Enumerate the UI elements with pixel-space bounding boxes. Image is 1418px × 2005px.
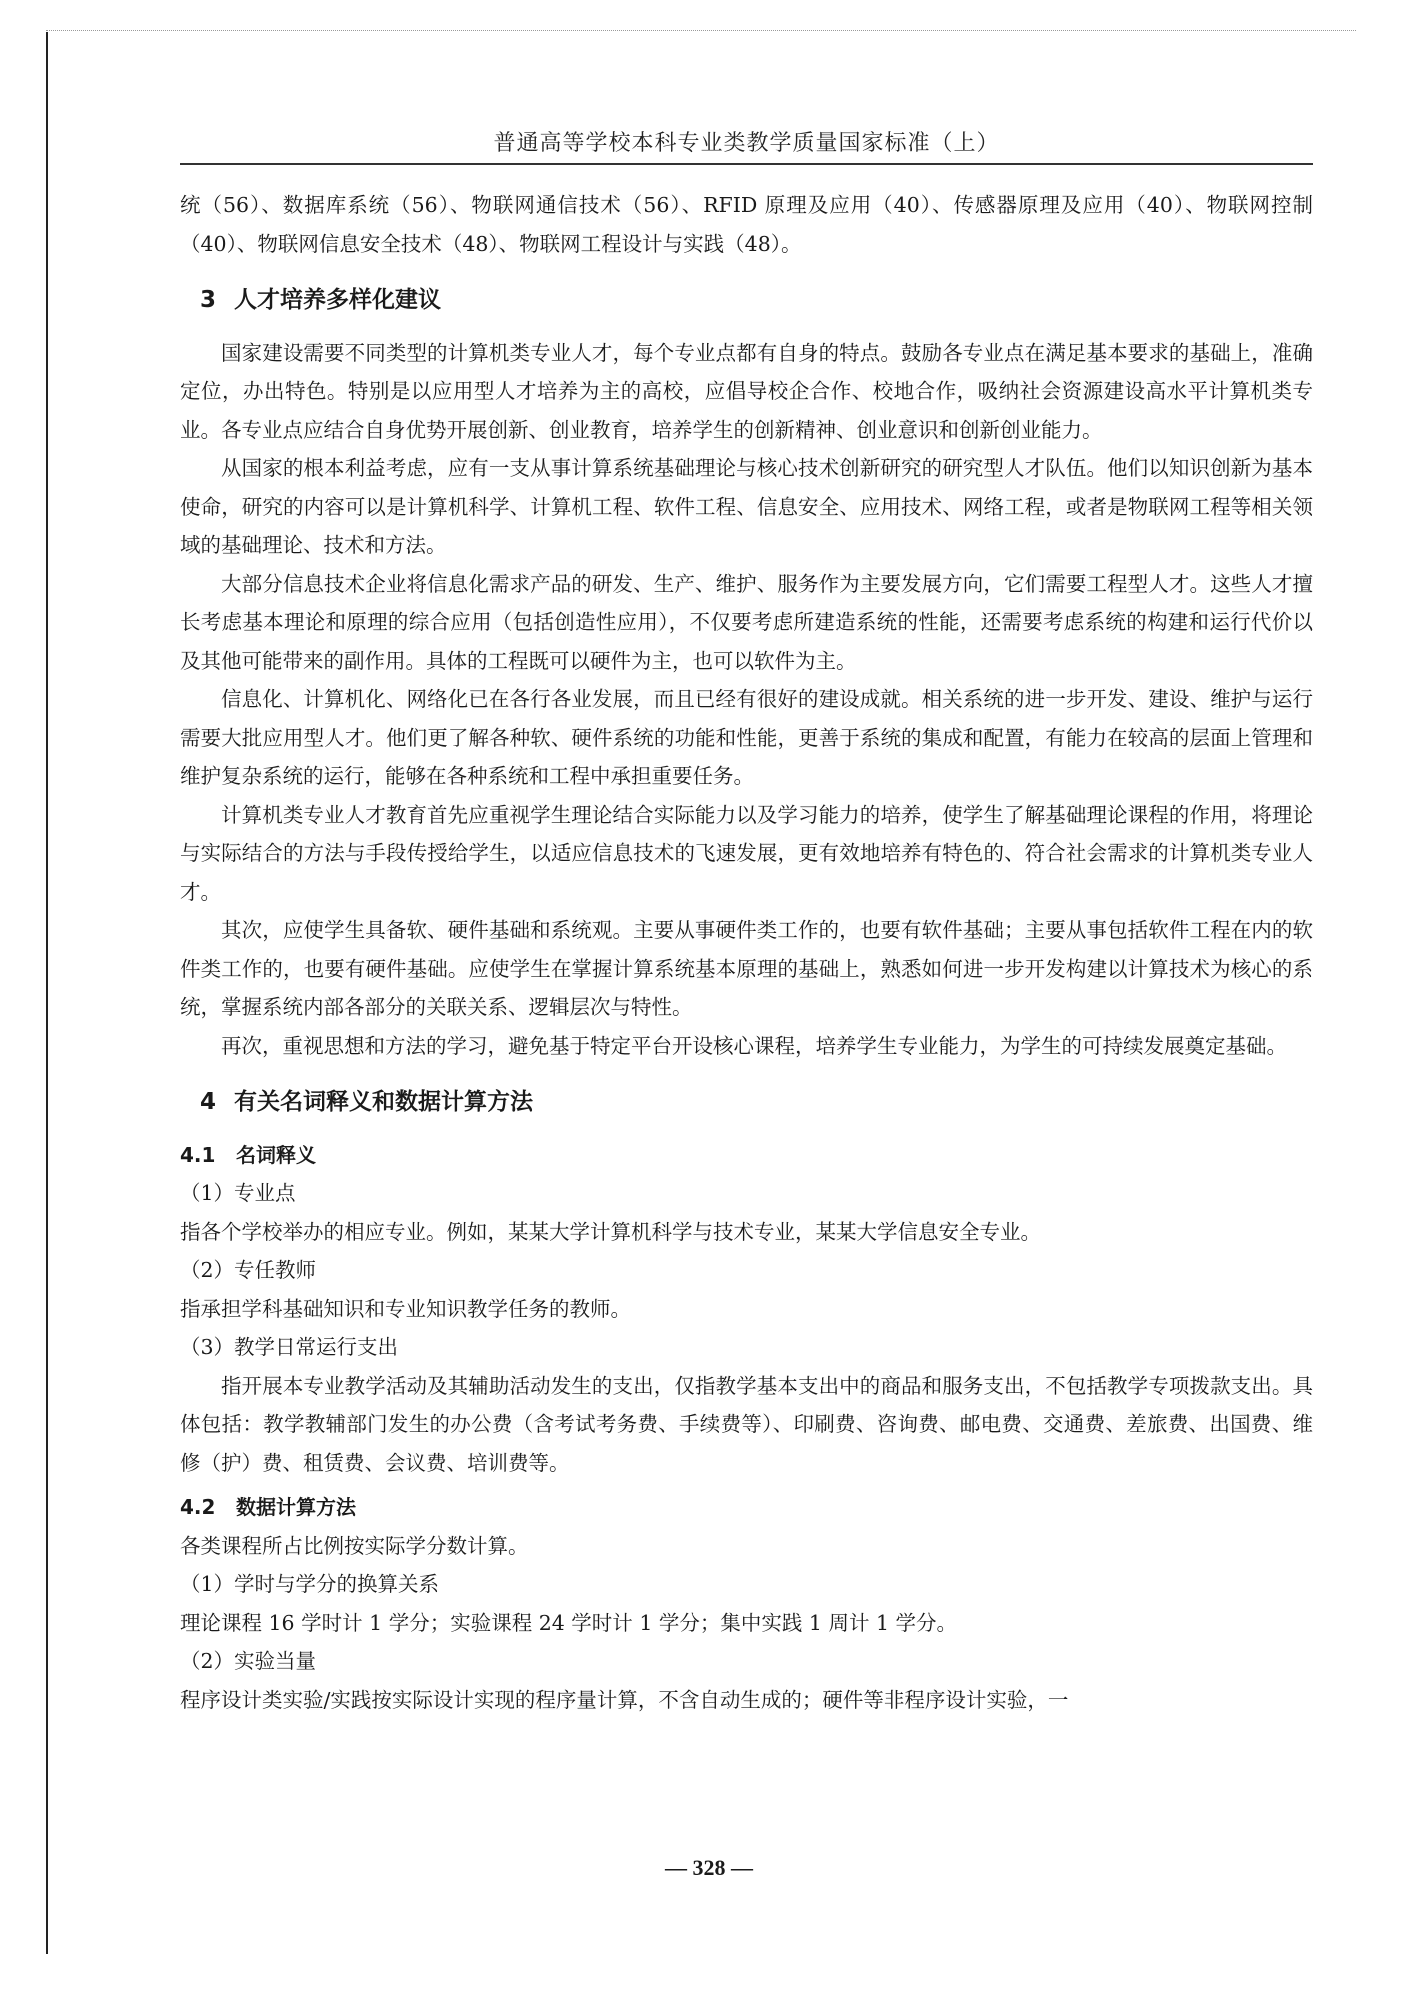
- method-text: 理论课程 16 学时计 1 学分；实验课程 24 学时计 1 学分；集中实践 1…: [180, 1604, 1313, 1643]
- method-label: （2）实验当量: [180, 1642, 1313, 1681]
- term-label: （3）教学日常运行支出: [180, 1328, 1313, 1367]
- term-definition: 指各个学校举办的相应专业。例如，某某大学计算机科学与技术专业，某某大学信息安全专…: [180, 1213, 1313, 1252]
- subsection-heading-4-2: 4.2数据计算方法: [180, 1488, 1313, 1527]
- section-title: 有关名词释义和数据计算方法: [234, 1089, 533, 1115]
- subsection-title: 数据计算方法: [236, 1495, 356, 1519]
- term-label: （2）专任教师: [180, 1251, 1313, 1290]
- section-number: 4: [190, 1083, 234, 1122]
- section-number: 3: [190, 281, 234, 320]
- subsection-title: 名词释义: [236, 1143, 316, 1167]
- header-rule: [180, 163, 1313, 165]
- continuation-paragraph: 统（56）、数据库系统（56）、物联网通信技术（56）、RFID 原理及应用（4…: [180, 186, 1313, 263]
- term-label: （1）专业点: [180, 1174, 1313, 1213]
- section-heading-4: 4有关名词释义和数据计算方法: [180, 1083, 1313, 1122]
- scan-border-left: [46, 32, 48, 1954]
- subsection-heading-4-1: 4.1名词释义: [180, 1136, 1313, 1175]
- subsection-number: 4.1: [180, 1136, 236, 1175]
- method-label: （1）学时与学分的换算关系: [180, 1565, 1313, 1604]
- paragraph: 计算机类专业人才教育首先应重视学生理论结合实际能力以及学习能力的培养，使学生了解…: [180, 796, 1313, 912]
- page-number: — 328 —: [0, 1855, 1418, 1881]
- subsection-number: 4.2: [180, 1488, 236, 1527]
- paragraph: 国家建设需要不同类型的计算机类专业人才，每个专业点都有自身的特点。鼓励各专业点在…: [180, 334, 1313, 450]
- section-title: 人才培养多样化建议: [234, 287, 441, 313]
- scan-border-top: [46, 30, 1356, 31]
- method-intro: 各类课程所占比例按实际学分数计算。: [180, 1527, 1313, 1566]
- section-heading-3: 3人才培养多样化建议: [180, 281, 1313, 320]
- paragraph: 再次，重视思想和方法的学习，避免基于特定平台开设核心课程，培养学生专业能力，为学…: [180, 1027, 1313, 1066]
- paragraph: 信息化、计算机化、网络化已在各行各业发展，而且已经有很好的建设成就。相关系统的进…: [180, 680, 1313, 796]
- paragraph: 其次，应使学生具备软、硬件基础和系统观。主要从事硬件类工作的，也要有软件基础；主…: [180, 911, 1313, 1027]
- term-definition: 指开展本专业教学活动及其辅助活动发生的支出，仅指教学基本支出中的商品和服务支出，…: [180, 1367, 1313, 1483]
- paragraph: 从国家的根本利益考虑，应有一支从事计算系统基础理论与核心技术创新研究的研究型人才…: [180, 449, 1313, 565]
- term-definition: 指承担学科基础知识和专业知识教学任务的教师。: [180, 1290, 1313, 1329]
- running-header: 普通高等学校本科专业类教学质量国家标准（上）: [180, 126, 1313, 157]
- method-text: 程序设计类实验/实践按实际设计实现的程序量计算，不含自动生成的；硬件等非程序设计…: [180, 1681, 1313, 1720]
- page-body: 统（56）、数据库系统（56）、物联网通信技术（56）、RFID 原理及应用（4…: [180, 186, 1313, 1719]
- paragraph: 大部分信息技术企业将信息化需求产品的研发、生产、维护、服务作为主要发展方向，它们…: [180, 565, 1313, 681]
